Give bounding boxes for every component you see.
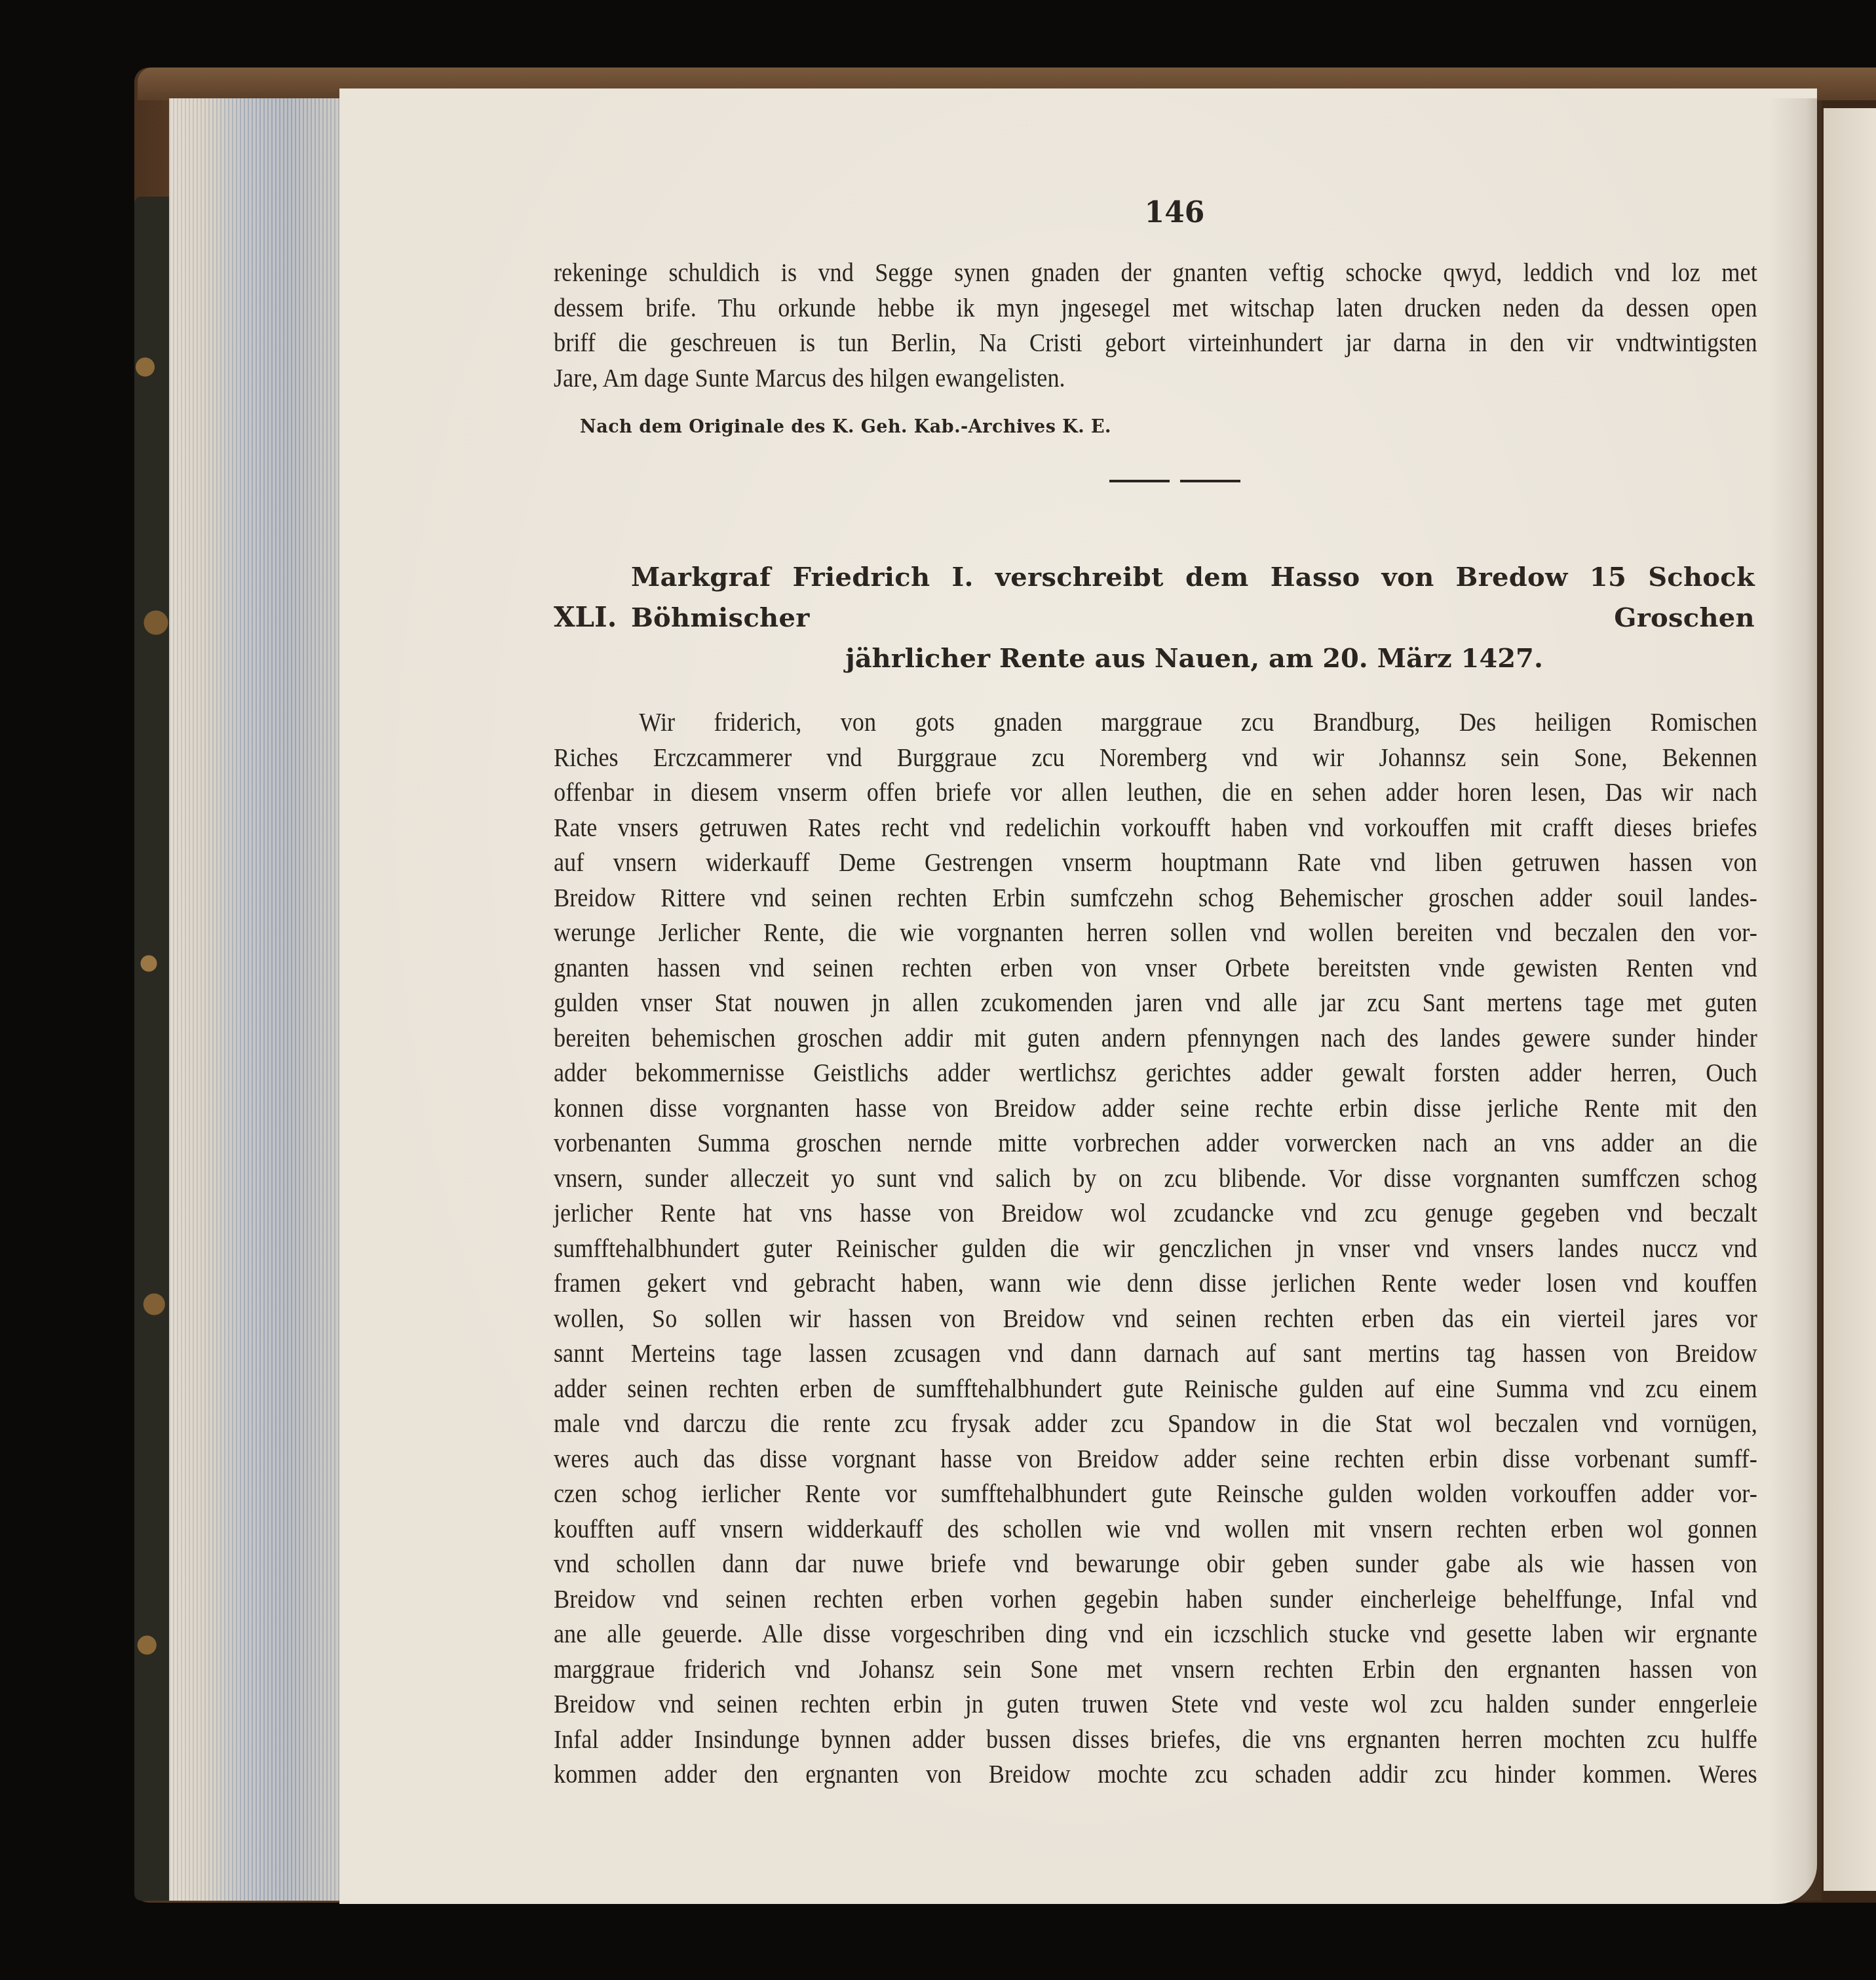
text-line: vorbenanten Summa groschen nernde mitte … (554, 1126, 1757, 1161)
text-line: framen gekert vnd gebracht haben, wann w… (554, 1266, 1757, 1302)
section-divider (1070, 480, 1240, 484)
source-note: Nach dem Originale des K. Geh. Kab.-Arch… (580, 408, 1756, 447)
page-gutter-shadow (1769, 98, 1822, 1901)
text-line: rekeninge schuldich is vnd Segge synen g… (554, 256, 1757, 291)
text-line: auf vnsern widerkauff Deme Gestrengen vn… (554, 845, 1757, 881)
text-line: dessem brife. Thu orkunde hebbe ik myn j… (554, 291, 1757, 326)
text-line: gulden vnser Stat nouwen jn allen zcukom… (554, 986, 1757, 1021)
marbled-cover-edge (134, 197, 170, 1901)
text-line: ane alle geuerde. Alle disse vorgeschrib… (554, 1617, 1757, 1652)
text-line: werunge Jerlicher Rente, die wie vorgnan… (554, 916, 1757, 951)
section-heading: XLI.Markgraf Friedrich I. verschreibt de… (554, 557, 1756, 679)
page-edges-stack (169, 98, 339, 1901)
text-line: Jare, Am dage Sunte Marcus des hilgen ew… (554, 361, 1757, 397)
divider-rule-left (1109, 480, 1170, 482)
text-line: weres auch das disse vorgnant hasse von … (554, 1442, 1757, 1477)
facing-page-edge (1824, 108, 1876, 1891)
text-line: Breidow vnd seinen rechten erbin jn gute… (554, 1687, 1757, 1722)
section-number: XLI. (554, 597, 631, 638)
divider-rule-right (1180, 480, 1240, 482)
text-line: gnanten hassen vnd seinen rechten erben … (554, 951, 1757, 986)
text-line: Riches Erczcammerer vnd Burggraue zcu No… (554, 741, 1757, 776)
text-line: offenbar in diesem vnserm offen briefe v… (554, 775, 1757, 811)
text-line: Breidow vnd seinen rechten erben vorhen … (554, 1582, 1757, 1618)
text-line: adder bekommernisse Geistlichs adder wer… (554, 1056, 1757, 1091)
text-line: jerlicher Rente hat vns hasse von Breido… (554, 1196, 1757, 1232)
text-line: vnsern, sunder alleczeit yo sunt vnd sal… (554, 1161, 1757, 1197)
page-content: 146 rekeninge schuldich is vnd Segge syn… (554, 197, 1756, 1793)
text-line: Breidow Rittere vnd seinen rechten Erbin… (554, 881, 1757, 916)
text-line: konnen disse vorgnanten hasse von Breido… (554, 1091, 1757, 1127)
section-body: Wir friderich, von gots gnaden marggraue… (554, 705, 1757, 1793)
section-title-line1: Markgraf Friedrich I. verschreibt dem Ha… (631, 557, 1755, 638)
text-line: Rate vnsers getruwen Rates recht vnd red… (554, 811, 1757, 846)
text-line: Wir friderich, von gots gnaden marggraue… (554, 705, 1757, 741)
text-line: koufften auff vnsern widderkauff des sch… (554, 1512, 1757, 1547)
text-line: marggraue friderich vnd Johansz sein Son… (554, 1652, 1757, 1688)
text-line: wollen, So sollen wir hassen von Breidow… (554, 1302, 1757, 1337)
text-line: Infal adder Insindunge bynnen adder buss… (554, 1722, 1757, 1758)
text-line: czen schog ierlicher Rente vor sumffteha… (554, 1477, 1757, 1512)
text-line: bereiten behemischen groschen addir mit … (554, 1021, 1757, 1057)
text-line: male vnd darczu die rente zcu frysak add… (554, 1407, 1757, 1442)
text-line: briff die geschreuen is tun Berlin, Na C… (554, 326, 1757, 361)
text-line: kommen adder den ergnanten von Breidow m… (554, 1757, 1757, 1793)
page-number: 146 (554, 197, 1756, 229)
section-title-line2: jährlicher Rente aus Nauen, am 20. März … (554, 638, 1756, 679)
text-line: sumfftehalbhundert guter Reinischer guld… (554, 1232, 1757, 1267)
text-line: vnd schollen dann dar nuwe briefe vnd be… (554, 1547, 1757, 1582)
text-line: adder seinen rechten erben de sumfftehal… (554, 1372, 1757, 1407)
continued-paragraph: rekeninge schuldich is vnd Segge synen g… (554, 256, 1757, 396)
text-line: sannt Merteins tage lassen zcusagen vnd … (554, 1336, 1757, 1372)
